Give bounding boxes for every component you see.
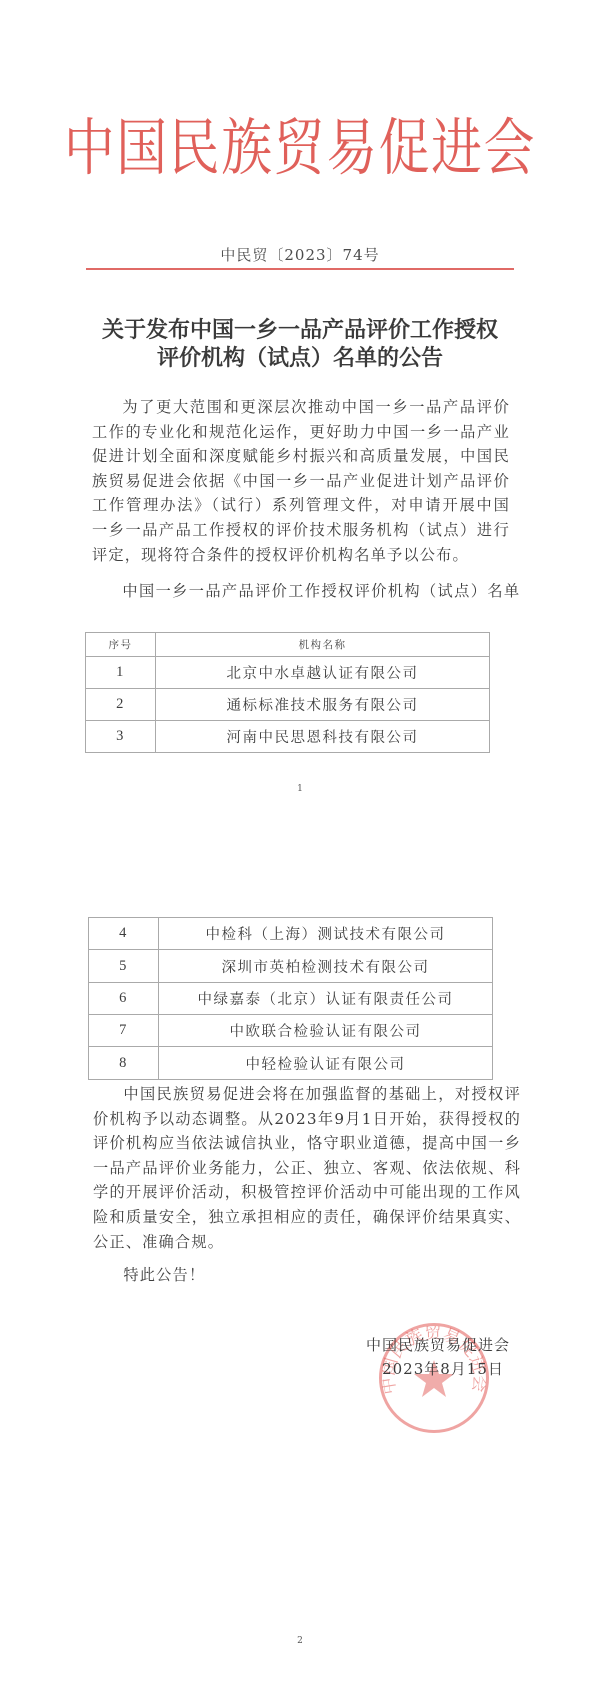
institution-name: 中绿嘉泰（北京）认证有限责任公司: [159, 983, 493, 1015]
header-name: 机构名称: [156, 633, 490, 657]
institution-name: 河南中民思恩科技有限公司: [156, 721, 490, 753]
table-row: 4 中检科（上海）测试技术有限公司: [89, 918, 493, 950]
header-seq: 序号: [86, 633, 156, 657]
institution-name: 中欧联合检验认证有限公司: [159, 1015, 493, 1047]
masthead-title: 中国民族贸易促进会: [54, 108, 546, 188]
page-number-2: 2: [0, 1636, 600, 1646]
signing-organization: 中国民族贸易促进会: [338, 1334, 538, 1355]
table-row: 7 中欧联合检验认证有限公司: [89, 1015, 493, 1047]
institution-table-page1: 序号 机构名称 1 北京中水卓越认证有限公司 2 通标标准技术服务有限公司 3 …: [85, 632, 490, 753]
table-row: 2 通标标准技术服务有限公司: [86, 689, 490, 721]
row-number: 6: [89, 983, 159, 1015]
announcement-closing: 特此公告！: [93, 1263, 511, 1288]
institution-name: 通标标准技术服务有限公司: [156, 689, 490, 721]
closing-paragraph: 中国民族贸易促进会将在加强监督的基础上，对授权评价机构予以动态调整。从2023年…: [93, 1082, 521, 1254]
announcement-title-line1: 关于发布中国一乡一品产品评价工作授权: [0, 316, 600, 344]
institution-name: 中检科（上海）测试技术有限公司: [159, 918, 493, 950]
row-number: 3: [86, 721, 156, 753]
row-number: 5: [89, 950, 159, 983]
table-row: 6 中绿嘉泰（北京）认证有限责任公司: [89, 983, 493, 1015]
signing-date: 2023年8月15日: [343, 1358, 543, 1379]
institution-name: 中轻检验认证有限公司: [159, 1047, 493, 1080]
table-row: 8 中轻检验认证有限公司: [89, 1047, 493, 1080]
row-number: 8: [89, 1047, 159, 1080]
row-number: 1: [86, 657, 156, 689]
institution-name: 北京中水卓越认证有限公司: [156, 657, 490, 689]
row-number: 2: [86, 689, 156, 721]
announcement-title-line2: 评价机构（试点）名单的公告: [0, 344, 600, 372]
table-row: 1 北京中水卓越认证有限公司: [86, 657, 490, 689]
page-number-1: 1: [0, 784, 600, 794]
institution-name: 深圳市英柏检测技术有限公司: [159, 950, 493, 983]
intro-paragraph: 为了更大范围和更深层次推动中国一乡一品产品评价工作的专业化和规范化运作，更好助力…: [92, 395, 510, 567]
list-caption: 中国一乡一品产品评价工作授权评价机构（试点）名单: [92, 579, 522, 604]
document-number: 中民贸〔2023〕74号: [0, 244, 600, 265]
institution-table-page2: 4 中检科（上海）测试技术有限公司 5 深圳市英柏检测技术有限公司 6 中绿嘉泰…: [88, 917, 493, 1080]
row-number: 4: [89, 918, 159, 950]
table-header-row: 序号 机构名称: [86, 633, 490, 657]
table-row: 5 深圳市英柏检测技术有限公司: [89, 950, 493, 983]
header-divider: [86, 268, 514, 270]
row-number: 7: [89, 1015, 159, 1047]
table-row: 3 河南中民思恩科技有限公司: [86, 721, 490, 753]
